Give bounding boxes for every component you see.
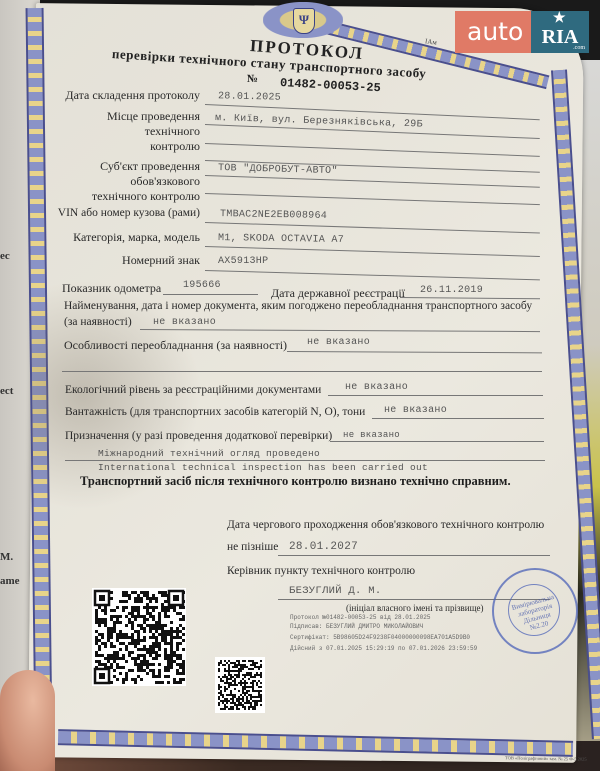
odometer-label: Показник одометра	[62, 281, 161, 296]
capacity-label: Вантажність (для транспортних засобів ка…	[65, 405, 365, 420]
place-label-line: Місце проведення	[60, 109, 200, 124]
reequip-doc-value: не вказано	[153, 317, 216, 328]
underline	[372, 418, 544, 419]
reequip-doc-label-2: (за наявності)	[64, 315, 132, 330]
category-value: M1, SKODA OCTAVIA A7	[218, 233, 344, 246]
autoria-watermark: auto ★ RIA .com	[455, 11, 589, 53]
purpose-value: не вказано	[343, 430, 400, 440]
place-label-line: контролю	[60, 139, 200, 154]
underline	[65, 460, 545, 461]
logo-auto: auto	[455, 11, 531, 53]
intl-inspection-ua: Міжнародний технічний огляд проведено	[98, 448, 320, 459]
finger	[0, 670, 55, 771]
subject-label: Суб'єкт проведення обов'язкового технічн…	[60, 159, 200, 204]
vin-value: TMBAC2NE2EB008964	[220, 209, 327, 222]
underline	[328, 395, 543, 396]
bg-text-fragment: ame	[0, 575, 20, 587]
logo-domain: .com	[573, 45, 585, 51]
date-value: 28.01.2025	[218, 91, 281, 103]
capacity-value: не вказано	[384, 405, 447, 416]
corner-mark: ІАм	[425, 37, 438, 47]
underline	[163, 294, 258, 295]
plate-value: AX5913HP	[218, 256, 268, 267]
logo-ria: ★ RIA .com	[531, 11, 589, 53]
signature-line: Дійсний з 07.01.2025 15:29:19 по 07.01.2…	[290, 645, 477, 652]
stamp-text: Вимірювальна лабораторія Дільниця №2.20	[511, 593, 562, 635]
subject-label-line: технічного контролю	[60, 189, 200, 204]
datamatrix-code[interactable]	[215, 657, 265, 713]
place-label: Місце проведення технічного контролю	[60, 109, 200, 154]
official-stamp: Вимірювальна лабораторія Дільниця №2.20	[492, 568, 578, 654]
next-check-label: Дата чергового проходження обов'язкового…	[227, 518, 544, 533]
place-label-line: технічного	[60, 124, 200, 139]
subject-label-line: Суб'єкт проведення	[60, 159, 200, 174]
bg-text-fragment: M.	[0, 551, 13, 563]
underline	[330, 441, 544, 442]
vin-label: VIN або номер кузова (рами)	[50, 206, 200, 221]
date-label: Дата складення протоколу	[60, 88, 200, 103]
conclusion-text: Транспортний засіб після технічного конт…	[80, 474, 511, 489]
reequip-doc-label: Найменування, дата і номер документа, як…	[64, 299, 532, 314]
reequip-features-value: не вказано	[307, 337, 370, 348]
bg-text-fragment: ect	[0, 385, 13, 397]
intl-inspection-en: International technical inspection has b…	[98, 462, 428, 473]
not-later-label: не пізніше	[227, 540, 278, 555]
head-name: БЕЗУГЛИЙ Д. М.	[289, 585, 381, 597]
signature-line: Протокол №01482-00053-25 від 28.01.2025	[290, 614, 430, 621]
plate-label: Номерний знак	[50, 253, 200, 268]
underline	[278, 555, 550, 556]
purpose-label: Призначення (у разі проведення додатково…	[65, 429, 332, 444]
head-label: Керівник пункту технічного контролю	[227, 564, 415, 579]
signature-line: Сертифікат: 5B98605D24F9238F04000000098E…	[290, 634, 470, 641]
star-icon: ★	[553, 11, 566, 27]
eco-label: Екологічний рівень за реєстраційними док…	[65, 383, 321, 398]
signature-line: Підписав: БЕЗУГЛИЙ ДМИТРО МИКОЛАЙОВИЧ	[290, 623, 423, 630]
bg-text-fragment: ec	[0, 250, 10, 262]
next-check-date: 28.01.2027	[289, 541, 358, 553]
trident-icon: Ψ	[293, 8, 315, 34]
category-label: Категорія, марка, модель	[50, 230, 200, 245]
underline	[62, 371, 542, 372]
reequip-features-label: Особливості переобладнання (за наявності…	[64, 338, 287, 353]
odometer-value: 195666	[183, 280, 221, 291]
reg-date-value: 26.11.2019	[420, 285, 483, 296]
coat-of-arms-emblem: Ψ	[263, 2, 343, 38]
qr-code[interactable]	[92, 588, 186, 686]
eco-value: не вказано	[345, 382, 408, 393]
subject-label-line: обов'язкового	[60, 174, 200, 189]
number-label: №	[247, 73, 258, 85]
